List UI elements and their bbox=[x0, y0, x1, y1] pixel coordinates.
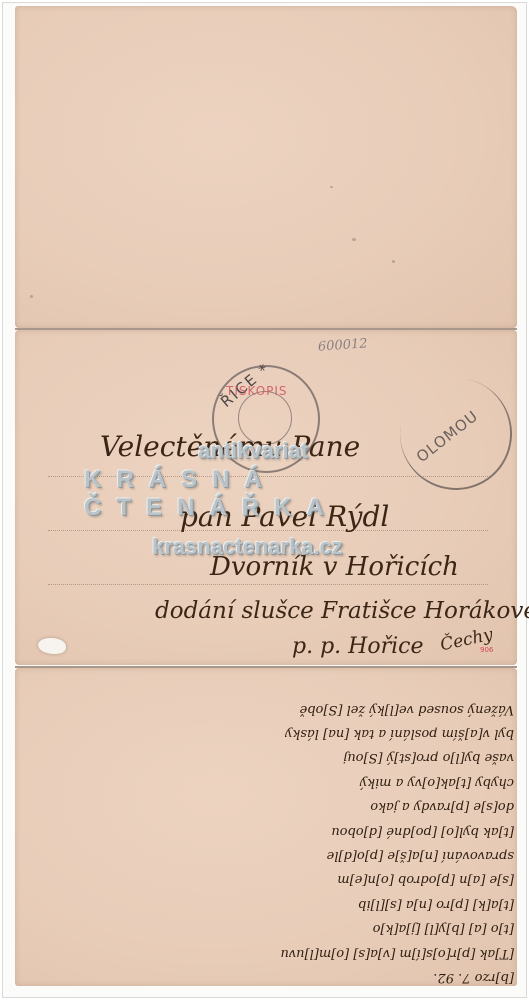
letter-line: Vážený soused ve[l]ký žel [S]obě bbox=[276, 696, 514, 720]
watermark-line1: antikvariat bbox=[198, 438, 308, 464]
watermark-line3: krasnactenarka.cz bbox=[152, 534, 343, 560]
letter-line: spravování [n]a[š]e [p]o[d]le bbox=[276, 842, 514, 866]
letter-line: [b]rzo 7. 92. bbox=[276, 964, 514, 988]
letter-line: [T]ak [p]r[o]s[í]m [v]a[s] [o]m[l]uvu bbox=[276, 940, 514, 964]
letter-line: [s]e [a]n [p]odrob [o]n[e]m bbox=[276, 867, 514, 891]
letter-line: chyby [t]ak[o]vy a miký bbox=[276, 769, 514, 793]
stain-speck bbox=[352, 238, 356, 241]
address-post: p. p. Hořice bbox=[292, 634, 423, 659]
stain-speck bbox=[330, 186, 333, 188]
red-mark: 906 bbox=[480, 646, 493, 654]
letter-line: byl v[a]ším poslání a tak [na] lásky bbox=[276, 720, 514, 744]
letter-line: [t]o [a] [b]y[l] [j]a[k]o bbox=[276, 916, 514, 940]
letter-line: [t]ak byl[o] [po]dné [d]obou bbox=[276, 818, 514, 842]
letter-line: do[s]e [p]ravdy a jako bbox=[276, 794, 514, 818]
paper-tear bbox=[38, 638, 66, 654]
watermark-line2: KRÁSNÁ ČTENÁŘKA bbox=[84, 466, 529, 522]
letter-text-upside-down: [b]rzo 7. 92. [T]ak [p]r[o]s[í]m [v]a[s]… bbox=[276, 696, 514, 989]
stain-speck bbox=[392, 260, 395, 263]
stain-speck bbox=[30, 295, 33, 298]
address-line bbox=[48, 584, 488, 585]
letter-line: vaše by[l]o pro[st]ý [S]ouj bbox=[276, 745, 514, 769]
card-panel-top bbox=[15, 6, 517, 328]
address-care-of: dodání slušce Fratišce Horákové bbox=[155, 598, 529, 624]
letter-line: [t]a[k] [p]ro [n]a [s][l]ib bbox=[276, 891, 514, 915]
tiskopis-overprint: TISKOPIS bbox=[226, 384, 288, 398]
